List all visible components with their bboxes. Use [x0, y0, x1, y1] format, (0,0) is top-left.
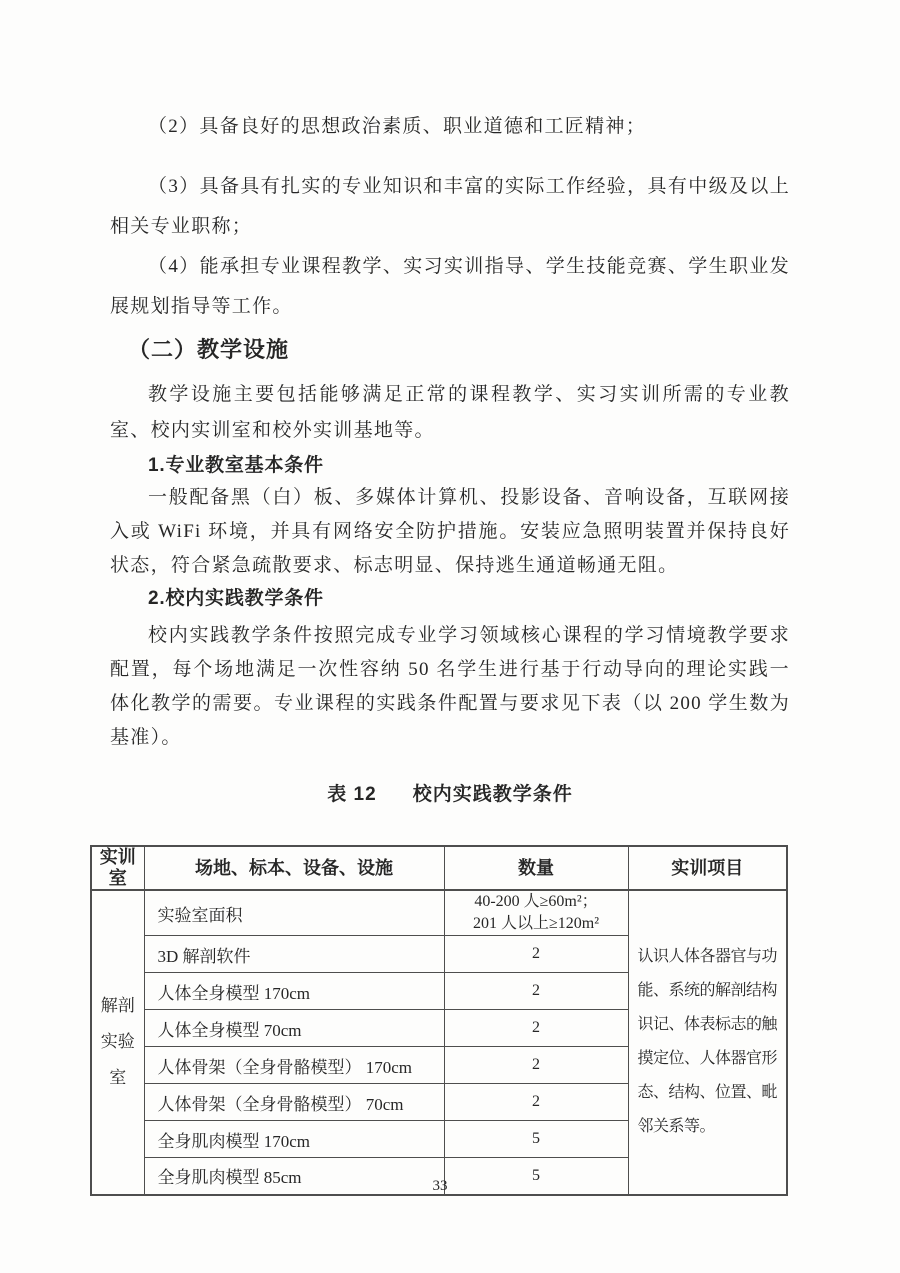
item-cell: 人体全身模型 170cm: [144, 973, 444, 1010]
header-cell-room: 实训室: [91, 846, 144, 890]
header-cell-project: 实训项目: [628, 846, 787, 890]
quantity-line-2: 201 人以上≥120m²: [445, 913, 628, 935]
quantity-cell: 40-200 人≥60m²； 201 人以上≥120m²: [444, 890, 628, 936]
paragraph-item-2: （2）具备良好的思想政治素质、职业道德和工匠精神；: [110, 0, 790, 147]
table-caption-number: 表 12: [327, 784, 376, 805]
classroom-conditions-paragraph: 一般配备黑（白）板、多媒体计算机、投影设备、音响设备，互联网接入或 WiFi 环…: [110, 481, 790, 583]
practice-conditions-table: 实训室 场地、标本、设备、设施 数量 实训项目 解剖实验室 实验室面积 40-2…: [90, 845, 788, 1196]
table-caption-title: 校内实践教学条件: [413, 784, 573, 805]
quantity-line-1: 40-200 人≥60m²；: [445, 891, 628, 913]
quantity-cell: 2: [444, 1084, 628, 1121]
item-cell: 人体骨架（全身骨骼模型） 70cm: [144, 1084, 444, 1121]
header-cell-quantity: 数量: [444, 846, 628, 890]
paragraph-item-3: （3）具备具有扎实的专业知识和丰富的实际工作经验，具有中级及以上相关专业职称；: [110, 167, 790, 247]
section-intro-paragraph: 教学设施主要包括能够满足正常的课程教学、实习实训所需的专业教室、校内实训室和校外…: [110, 377, 790, 449]
subheading-practice-conditions: 2.校内实践教学条件: [148, 585, 790, 613]
header-cell-equipment: 场地、标本、设备、设施: [144, 846, 444, 890]
item-cell: 全身肌肉模型 170cm: [144, 1121, 444, 1158]
room-name-cell: 解剖实验室: [91, 890, 144, 1195]
subheading-classroom-conditions: 1.专业教室基本条件: [148, 451, 790, 481]
quantity-cell: 2: [444, 1010, 628, 1047]
item-cell: 3D 解剖软件: [144, 936, 444, 973]
practice-conditions-paragraph: 校内实践教学条件按照完成专业学习领域核心课程的学习情境教学要求配置，每个场地满足…: [110, 619, 790, 755]
item-cell: 人体骨架（全身骨骼模型） 170cm: [144, 1047, 444, 1084]
paragraph-item-4: （4）能承担专业课程教学、实习实训指导、学生技能竞赛、学生职业发展规划指导等工作…: [110, 247, 790, 327]
quantity-cell: 5: [444, 1121, 628, 1158]
table-header-row: 实训室 场地、标本、设备、设施 数量 实训项目: [91, 846, 787, 890]
quantity-cell: 2: [444, 1047, 628, 1084]
training-project-cell: 认识人体各器官与功能、系统的解剖结构识记、体表标志的触摸定位、人体器官形态、结构…: [628, 890, 787, 1195]
quantity-cell: 2: [444, 936, 628, 973]
item-cell: 实验室面积: [144, 890, 444, 936]
quantity-cell: 2: [444, 973, 628, 1010]
item-cell: 人体全身模型 70cm: [144, 1010, 444, 1047]
document-page: （2）具备良好的思想政治素质、职业道德和工匠精神； （3）具备具有扎实的专业知识…: [0, 0, 900, 1273]
section-heading-teaching-facilities: （二）教学设施: [128, 335, 790, 365]
page-content: （2）具备良好的思想政治素质、职业道德和工匠精神； （3）具备具有扎实的专业知识…: [110, 0, 790, 1196]
table-row: 解剖实验室 实验室面积 40-200 人≥60m²； 201 人以上≥120m²…: [91, 890, 787, 936]
table-caption: 表 12校内实践教学条件: [110, 777, 790, 813]
page-number: 33: [0, 1176, 880, 1196]
